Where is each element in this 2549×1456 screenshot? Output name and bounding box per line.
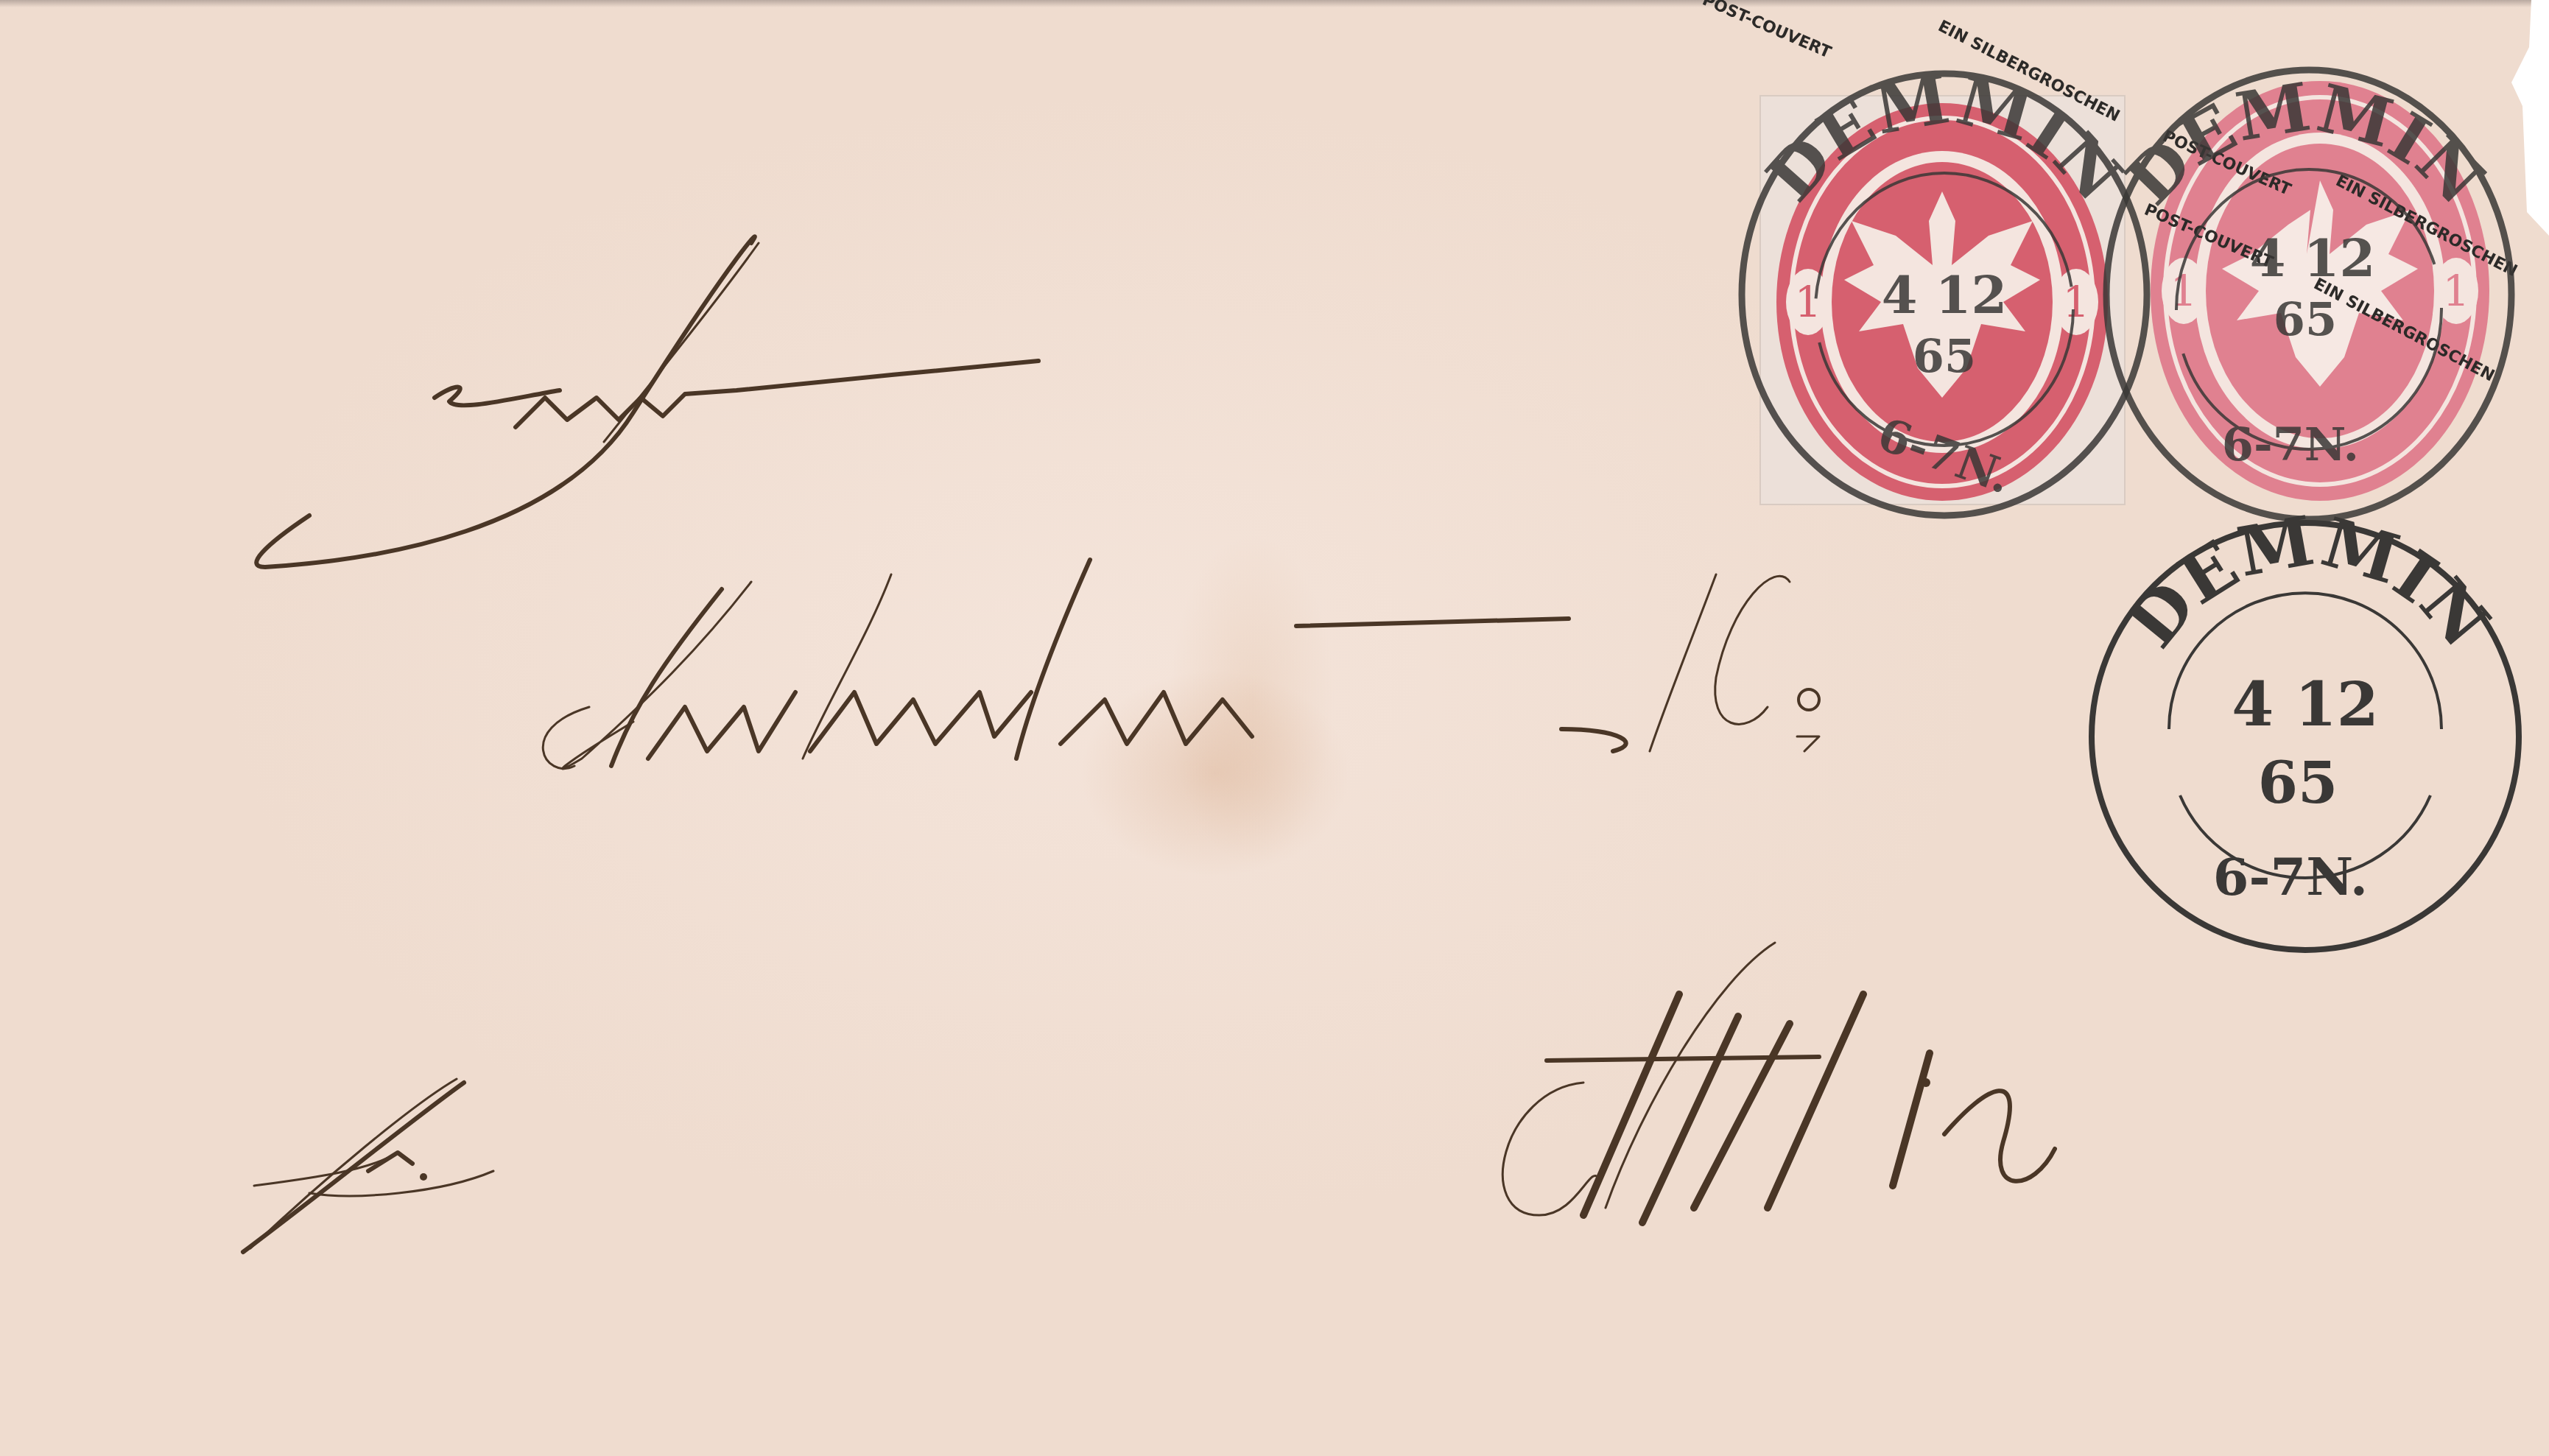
handwriting-franking: [243, 1079, 493, 1252]
stamp-denomination-right: 1: [2063, 277, 2090, 327]
handwriting-herrn: [256, 236, 1038, 567]
postmark-year: 65: [1913, 329, 1976, 383]
postmark-year: 65: [2258, 750, 2338, 817]
postmark-year: 65: [2274, 292, 2337, 346]
postmark-time: 6-7N.: [2213, 846, 2368, 907]
franking-text: fr.: [0, 0, 10, 3]
envelope: 1 1 1 1 POST-COUVERT EIN SILBERGROSCHEN …: [0, 0, 2549, 1456]
postmark-date: 4 12: [1882, 264, 2008, 326]
overprint-post-couvert: POST-COUVERT: [1700, 0, 1834, 62]
handwriting-city: [1502, 943, 2055, 1223]
postmark-date: 4 12: [2250, 228, 2376, 289]
svg-text:POST-COUVERT: POST-COUVERT: [1700, 0, 1834, 62]
postmark-date: 4 12: [2232, 669, 2379, 740]
envelope-artwork: 1 1 1 1 POST-COUVERT EIN SILBERGROSCHEN …: [0, 0, 2549, 1456]
indicium-denomination-right: 1: [2443, 266, 2470, 316]
postmark-town: DEMMIN: [2112, 501, 2505, 662]
svg-text:DEMMIN: DEMMIN: [2112, 501, 2505, 662]
handwriting-addressee: [543, 560, 1819, 769]
postmark: DEMMIN 4 12 65 6-7N.: [2092, 501, 2519, 950]
indicium-denomination-left: 1: [2170, 266, 2198, 316]
postmark-time: 6-7N.: [2222, 418, 2359, 471]
